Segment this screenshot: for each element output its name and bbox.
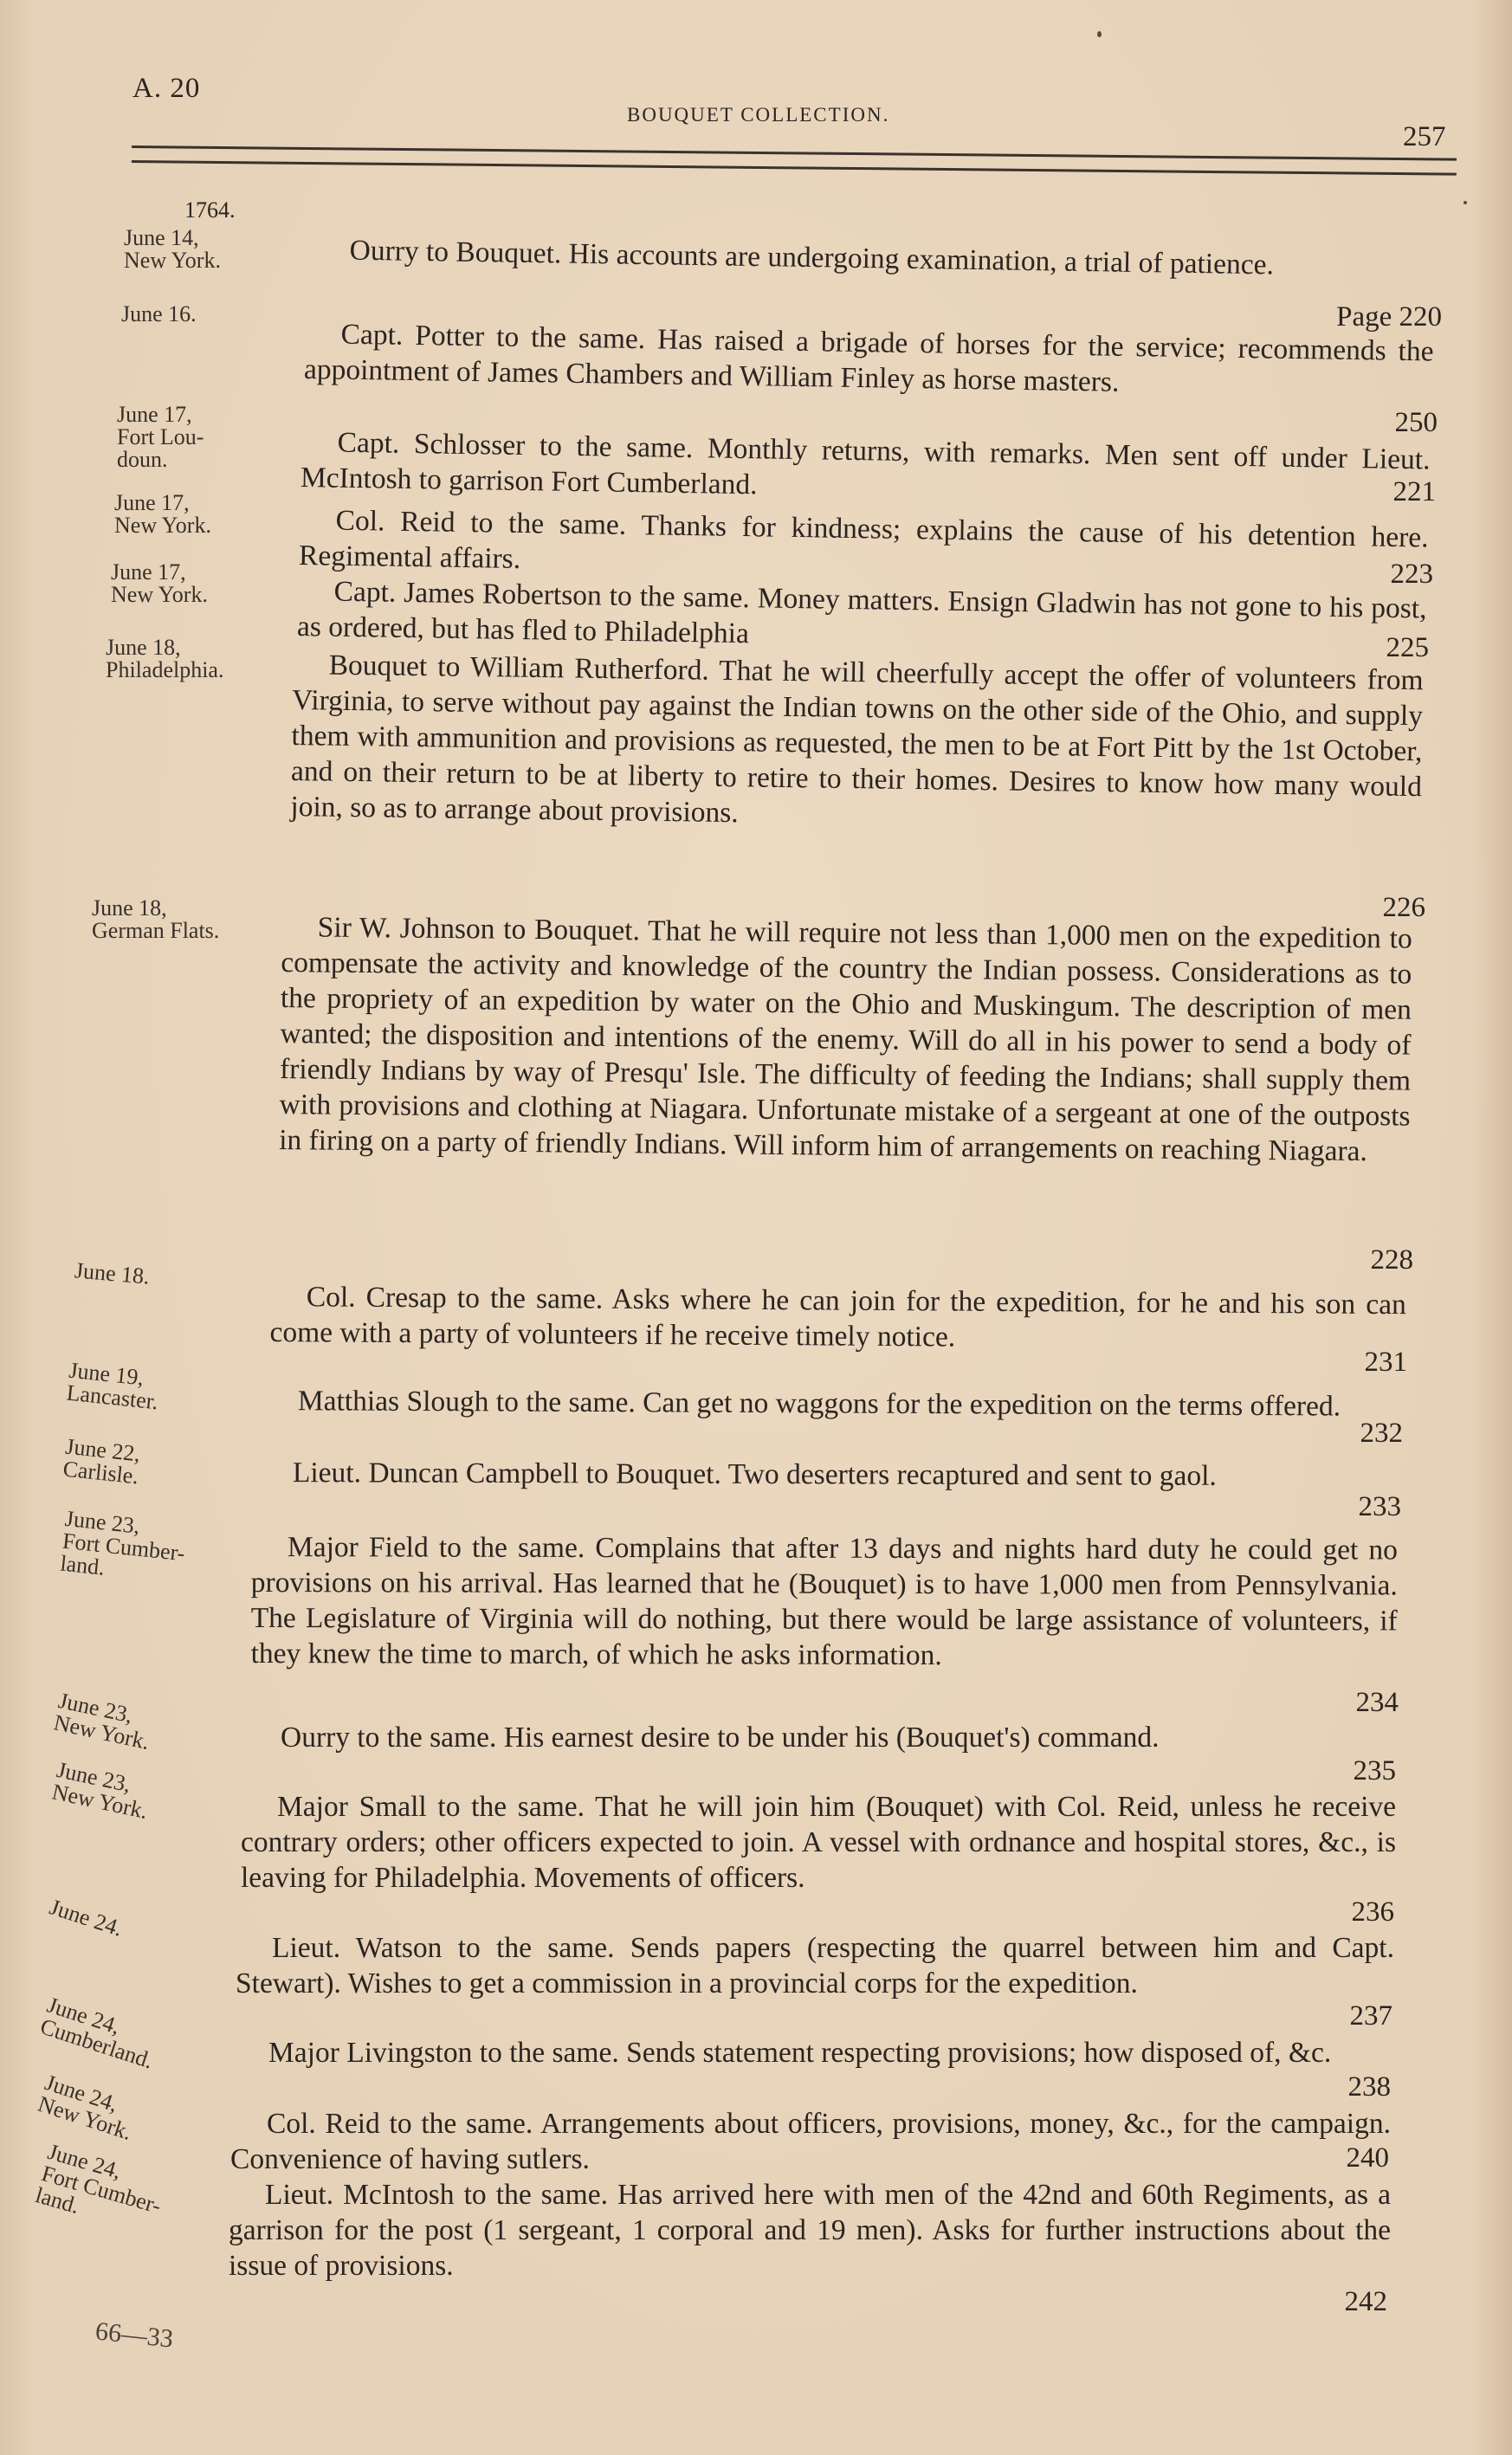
entry-text: Lieut. Duncan Campbell to Bouquet. Two d…	[256, 1455, 1401, 1495]
series-mark: A. 20	[132, 73, 200, 105]
entry-page-ref: 238	[1218, 2071, 1391, 2103]
entry-date-place: June 23, New York.	[52, 1689, 156, 1754]
entry-text: Ourry to Bouquet. His accounts are under…	[313, 232, 1440, 285]
entry-page-ref: 228	[1240, 1244, 1413, 1276]
entry-date-place: June 18, Philadelphia.	[106, 636, 223, 682]
entry-page-ref: 221	[1263, 476, 1436, 508]
entry-date-place: June 17, New York.	[114, 492, 211, 537]
entry-date-place: June 16.	[121, 303, 197, 326]
paper-speck	[1464, 201, 1467, 204]
entry-date-place: June 17, Fort Lou- doun.	[117, 404, 204, 471]
entry-text: Sir W. Johnson to Bouquet. That he will …	[279, 909, 1412, 1170]
entry-page-ref: 236	[1221, 1896, 1394, 1928]
entry-text: Major Small to the same. That he will jo…	[241, 1789, 1396, 1896]
header-double-rule	[132, 145, 1457, 176]
entry-page-ref: 233	[1228, 1491, 1401, 1523]
entry-text: Capt. Potter to the same. Has raised a b…	[304, 316, 1434, 404]
entry-page-ref: 240	[1216, 2142, 1389, 2174]
entry-page-ref: 242	[1214, 2286, 1387, 2318]
entry-page-ref: 223	[1260, 559, 1433, 591]
entry-date-place: June 24.	[47, 1896, 125, 1941]
entry-date-place: June 23, Fort Cumber- land.	[59, 1508, 188, 1587]
entry-page-ref: 237	[1219, 2000, 1392, 2032]
entry-text: Major Field to the same. Complains that …	[251, 1529, 1398, 1674]
entry-date-place: June 22, Carlisle.	[62, 1436, 142, 1489]
entry-date-place: June 24, Cumberland.	[37, 1993, 162, 2072]
entry-text: Lieut. McIntosh to the same. Has arrived…	[229, 2177, 1391, 2284]
signature-mark: 66—33	[94, 2316, 174, 2354]
entry-text: Major Livingston to the same. Sends stat…	[232, 2035, 1392, 2071]
entry-page-ref: 235	[1223, 1755, 1396, 1787]
entry-text: Lieut. Watson to the same. Sends papers …	[236, 1930, 1394, 2001]
entry-text: Bouquet to William Rutherford. That he w…	[290, 647, 1424, 840]
entry-date-place: June 18.	[74, 1259, 151, 1288]
running-title: BOUQUET COLLECTION.	[627, 104, 889, 126]
year-heading: 1764.	[184, 197, 236, 223]
entry-date-place: June 23, New York.	[50, 1759, 154, 1823]
document-page: A. 20 BOUQUET COLLECTION. 257 1764. June…	[0, 0, 1512, 2455]
entry-date-place: June 17, New York.	[111, 561, 208, 606]
entry-page-ref: Page 220	[1269, 301, 1442, 333]
entry-page-ref: 250	[1264, 407, 1438, 439]
entry-page-ref: 231	[1234, 1347, 1407, 1379]
entry-date-place: June 18, German Flats.	[92, 897, 219, 942]
entry-page-ref: 225	[1256, 632, 1429, 664]
entry-page-ref: 234	[1225, 1687, 1399, 1719]
entry-date-place: June 24, New York.	[36, 2071, 142, 2144]
entry-date-place: June 19, Lancaster.	[66, 1360, 162, 1414]
entry-text: Capt. Schlosser to the same. Monthly ret…	[300, 424, 1431, 513]
paper-speck	[1097, 31, 1102, 37]
entry-page-ref: 232	[1230, 1418, 1403, 1450]
entry-date-place: June 24, Fort Cumber- land.	[33, 2141, 170, 2239]
page-number: 257	[1403, 121, 1446, 153]
entry-text: Ourry to the same. His earnest desire to…	[244, 1720, 1396, 1755]
entry-date-place: June 14, New York.	[124, 227, 221, 272]
